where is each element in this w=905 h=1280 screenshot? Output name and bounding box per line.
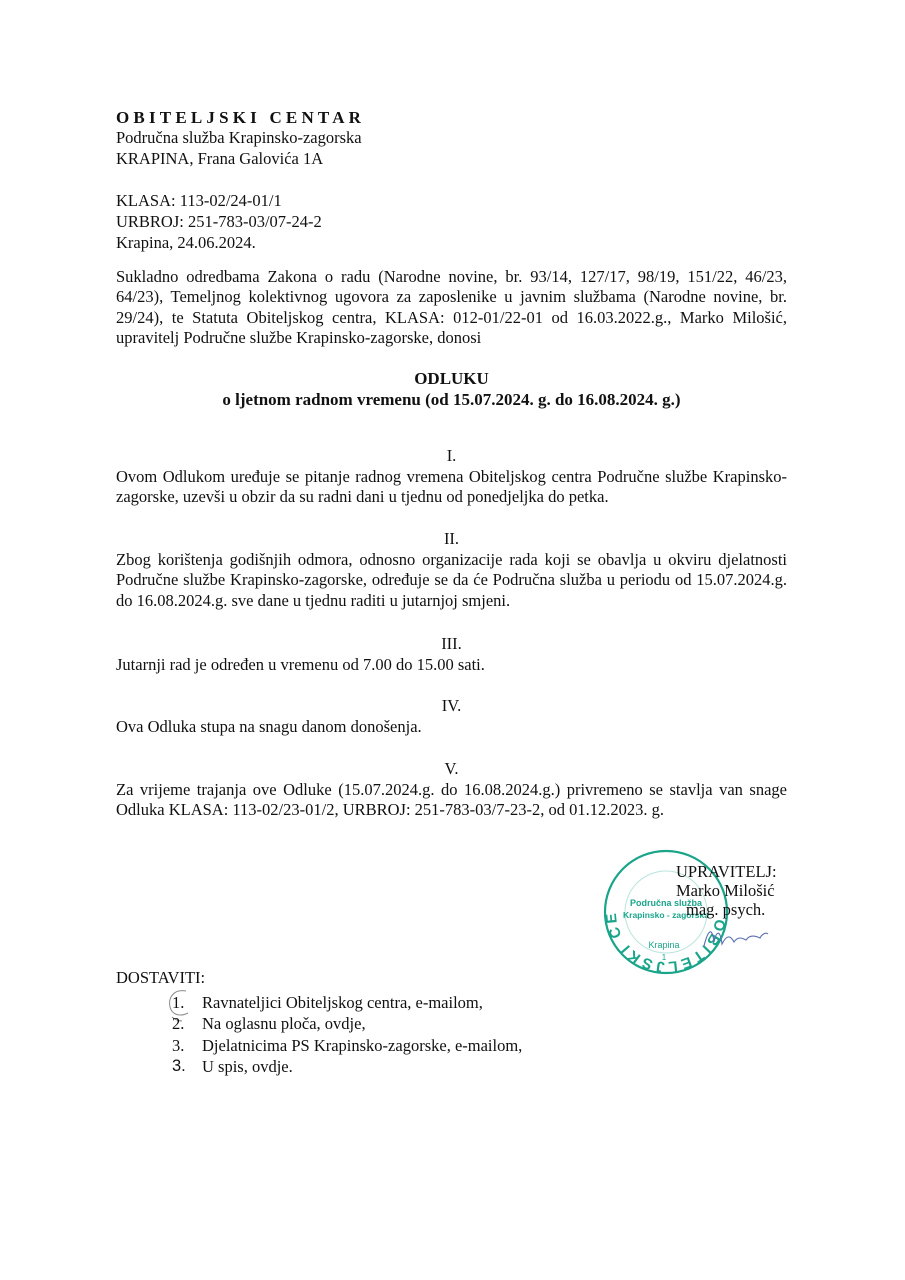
decision-subtitle: o ljetnom radnom vremenu (od 15.07.2024.… — [116, 390, 787, 410]
org-subunit: Područna služba Krapinsko-zagorska — [116, 128, 362, 148]
org-address: KRAPINA, Frana Galovića 1A — [116, 149, 323, 169]
stamp-inner-line3: Krapina — [648, 940, 679, 950]
preamble-paragraph: Sukladno odredbama Zakona o radu (Narodn… — [116, 267, 787, 348]
urbroj-number: URBROJ: 251-783-03/07-24-2 — [116, 212, 322, 232]
article-3-number: III. — [116, 634, 787, 654]
delivery-heading: DOSTAVITI: — [116, 968, 205, 988]
article-1-text: Ovom Odlukom uređuje se pitanje radnog v… — [116, 467, 787, 508]
decision-title: ODLUKU — [116, 369, 787, 389]
article-2-number: II. — [116, 529, 787, 549]
list-item-text: Djelatnicima PS Krapinsko-zagorske, e-ma… — [202, 1035, 522, 1056]
stamp-inner-line4: 1 — [662, 953, 667, 962]
article-1-number: I. — [116, 446, 787, 466]
klasa-number: KLASA: 113-02/24-01/1 — [116, 191, 282, 211]
list-item: 3. Djelatnicima PS Krapinsko-zagorske, e… — [172, 1035, 522, 1056]
delivery-list: 1. Ravnateljici Obiteljskog centra, e-ma… — [172, 992, 522, 1077]
list-item-number: 1. — [172, 992, 202, 1013]
document-page: OBITELJSKI CENTAR Područna služba Krapin… — [0, 0, 905, 1280]
handwritten-signature — [700, 922, 770, 952]
article-2-text: Zbog korištenja godišnjih odmora, odnosn… — [116, 550, 787, 611]
list-item-number: 3. — [172, 1056, 202, 1077]
list-item-number: 3. — [172, 1035, 202, 1056]
list-item-number: 2. — [172, 1013, 202, 1034]
signatory-name: Marko Milošić — [676, 881, 777, 900]
article-4-text: Ova Odluka stupa na snagu danom donošenj… — [116, 717, 422, 737]
list-item: 1. Ravnateljici Obiteljskog centra, e-ma… — [172, 992, 522, 1013]
article-5-text: Za vrijeme trajanja ove Odluke (15.07.20… — [116, 780, 787, 821]
list-item: 3. U spis, ovdje. — [172, 1056, 522, 1077]
list-item: 2. Na oglasnu ploča, ovdje, — [172, 1013, 522, 1034]
signatory-title: mag. psych. — [676, 900, 777, 919]
list-item-text: U spis, ovdje. — [202, 1056, 293, 1077]
article-4-number: IV. — [116, 696, 787, 716]
signatory-role: UPRAVITELJ: — [676, 862, 777, 881]
list-item-text: Ravnateljici Obiteljskog centra, e-mailo… — [202, 992, 483, 1013]
signature-block: UPRAVITELJ: Marko Milošić mag. psych. — [676, 862, 777, 919]
article-3-text: Jutarnji rad je određen u vremenu od 7.0… — [116, 655, 485, 675]
place-date: Krapina, 24.06.2024. — [116, 233, 256, 253]
list-item-text: Na oglasnu ploča, ovdje, — [202, 1013, 366, 1034]
org-title: OBITELJSKI CENTAR — [116, 108, 365, 128]
article-5-number: V. — [116, 759, 787, 779]
